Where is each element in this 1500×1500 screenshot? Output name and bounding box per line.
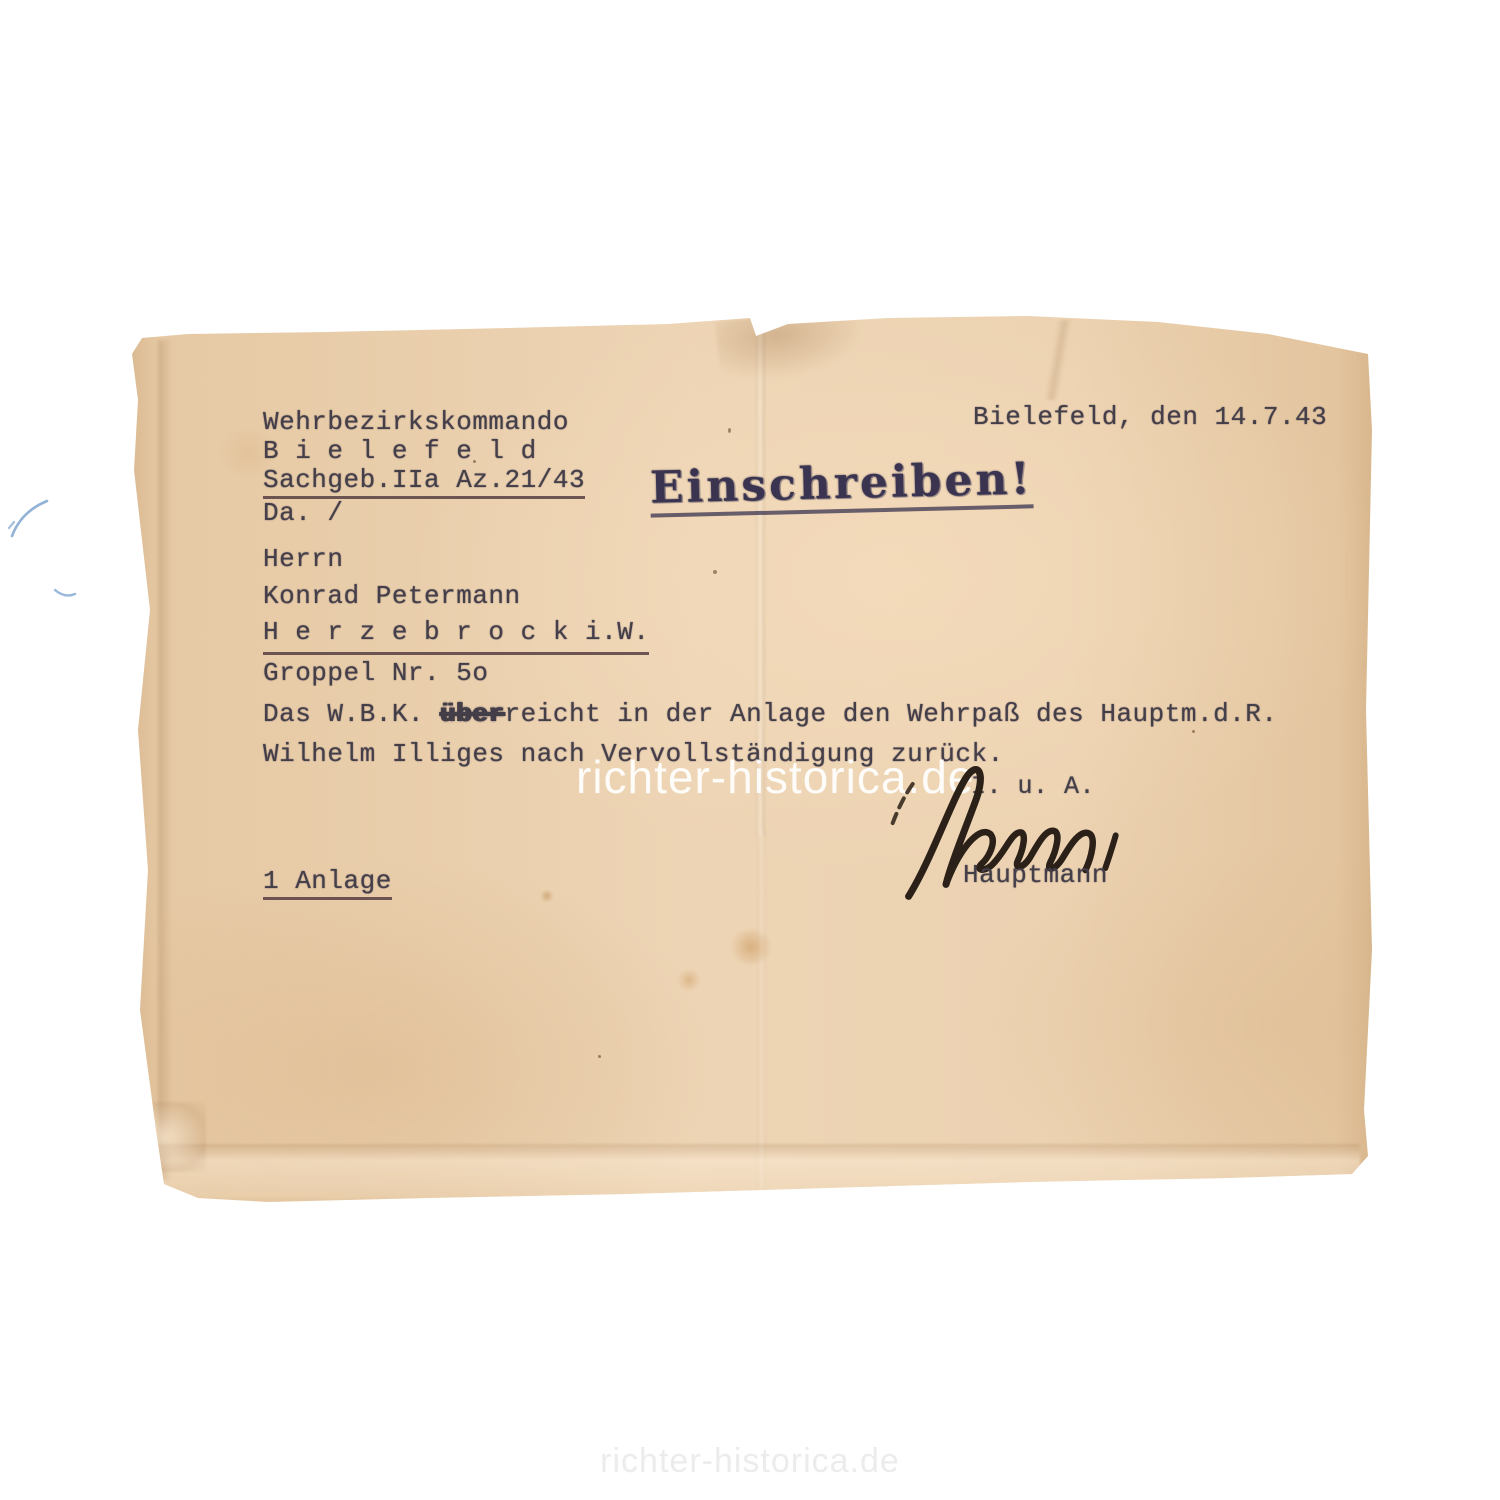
paper-speck bbox=[728, 428, 731, 433]
dateline: Bielefeld, den 14.7.43 bbox=[973, 402, 1327, 432]
signature-rank: Hauptmann bbox=[963, 860, 1108, 890]
recipient-name: Konrad Petermann bbox=[263, 578, 649, 615]
sender-block: Wehrbezirkskommando B i e l e f e l d Sa… bbox=[263, 408, 585, 528]
body-line-1-prefix: Das W.B.K. bbox=[263, 699, 440, 729]
center-fold-crease-lower bbox=[758, 830, 765, 1190]
watermark-bottom: richter-historica.de bbox=[0, 1442, 1500, 1481]
body-line-1-overstruck-word: über bbox=[440, 699, 504, 729]
top-edge-tear bbox=[715, 306, 871, 385]
recipient-block: Herrn Konrad Petermann H e r z e b r o c… bbox=[263, 541, 649, 691]
pen-mark-blue-icon bbox=[0, 470, 120, 630]
body-line-1: Das W.B.K. überreicht in der Anlage den … bbox=[263, 694, 1277, 734]
bottom-fold-band bbox=[148, 1144, 1360, 1198]
paper-sheet: Wehrbezirkskommando B i e l e f e l d Sa… bbox=[128, 310, 1374, 1202]
paper-speck bbox=[598, 1055, 601, 1058]
body-line-1-suffix: reicht in der Anlage den Wehrpaß des Hau… bbox=[505, 699, 1278, 729]
age-stain bbox=[676, 970, 702, 990]
sender-line-4: Da. / bbox=[263, 499, 585, 528]
einschreiben-stamp: Einschreiben! bbox=[649, 453, 1033, 517]
left-edge-crease bbox=[158, 340, 172, 1180]
recipient-street: Groppel Nr. 5o bbox=[263, 655, 649, 692]
left-fold-bump bbox=[146, 1102, 206, 1172]
sender-line-2: B i e l e f e l d bbox=[263, 437, 585, 466]
paper-speck bbox=[713, 570, 717, 574]
age-stain bbox=[728, 930, 774, 964]
age-stain bbox=[540, 890, 554, 902]
enclosure-text: 1 Anlage bbox=[263, 866, 392, 900]
sender-line-1: Wehrbezirkskommando bbox=[263, 408, 585, 437]
scanned-letter-photo: Wehrbezirkskommando B i e l e f e l d Sa… bbox=[0, 0, 1500, 1500]
top-right-crease bbox=[1028, 320, 1088, 400]
sender-line-3: Sachgeb.IIa Az.21/43 bbox=[263, 466, 585, 499]
recipient-salutation: Herrn bbox=[263, 541, 649, 578]
enclosure-note: 1 Anlage bbox=[263, 866, 392, 900]
recipient-town: H e r z e b r o c k i.W. bbox=[263, 614, 649, 655]
